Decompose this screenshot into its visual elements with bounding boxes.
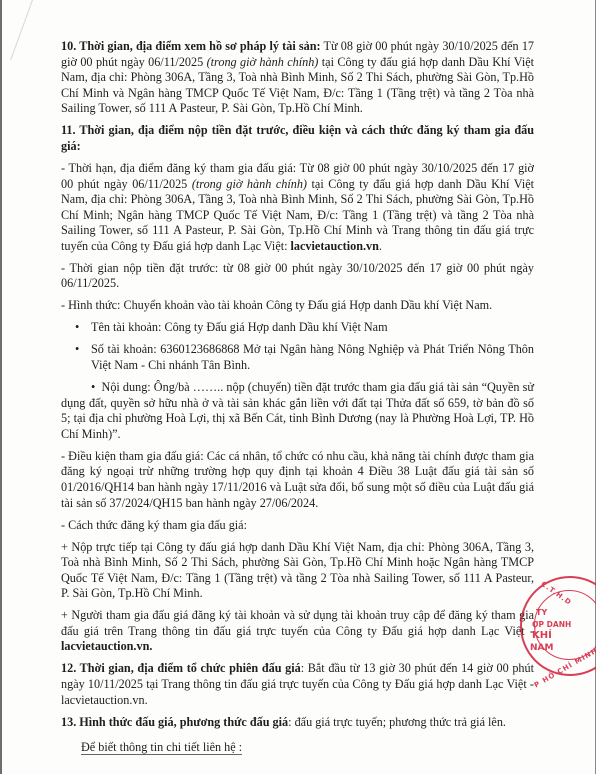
payment-form: - Hình thức: Chuyển khoản vào tài khoản … — [61, 298, 534, 314]
participation-conditions: - Điều kiện tham gia đấu giá: Các cá nhâ… — [61, 449, 534, 511]
website-link[interactable]: lacvietauction.vn. — [61, 639, 152, 653]
document-body: 10. Thời gian, địa điểm xem hồ sơ pháp l… — [61, 39, 534, 762]
section-12: 12. Thời gian, địa điểm tổ chức phiên đấ… — [61, 661, 534, 708]
list-item: • Nội dung: Ông/bà …….. nộp (chuyển) tiề… — [61, 380, 534, 442]
list-item: •Số tài khoản: 6360123686868 Mở tại Ngân… — [61, 342, 534, 373]
bullet-icon: • — [75, 342, 91, 358]
section-heading: 12. Thời gian, địa điểm tổ chức phiên đấ… — [61, 661, 301, 675]
registration-method-direct: + Nộp trực tiếp tại Công ty đấu giá hợp … — [61, 540, 534, 602]
list-item: •Tên tài khoản: Công ty Đấu giá Hợp danh… — [61, 320, 534, 336]
website-link[interactable]: lacvietauction.vn — [291, 239, 379, 253]
contact-line: Để biết thông tin chi tiết liên hệ : — [61, 740, 534, 756]
deposit-time: - Thời gian nộp tiền đặt trước: từ 08 gi… — [61, 261, 534, 292]
registration-method-online: + Người tham gia đấu giá đăng ký tài kho… — [61, 608, 534, 655]
section-11-heading: 11. Thời gian, địa điểm nộp tiền đặt trư… — [61, 123, 534, 154]
section-13: 13. Hình thức đấu giá, phương thức đấu g… — [61, 715, 534, 731]
section-10: 10. Thời gian, địa điểm xem hồ sơ pháp l… — [61, 39, 534, 117]
section-heading: 10. Thời gian, địa điểm xem hồ sơ pháp l… — [61, 39, 321, 53]
page-corner-shadow — [0, 0, 33, 60]
bullet-icon: • — [75, 320, 91, 336]
bullet-icon: • — [91, 380, 102, 394]
page-edge — [0, 0, 2, 774]
registration-method-label: - Cách thức đăng ký tham gia đấu giá: — [61, 518, 534, 534]
stamp-inner-ring — [534, 590, 596, 660]
registration-paragraph: - Thời hạn, địa điểm đăng ký tham gia đấ… — [61, 161, 534, 255]
section-heading: 13. Hình thức đấu giá, phương thức đấu g… — [61, 715, 288, 729]
